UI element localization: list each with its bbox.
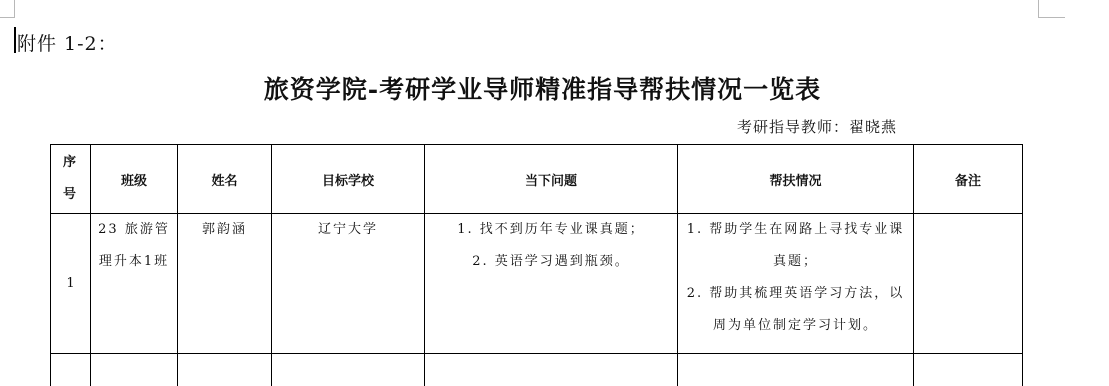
assistance-line-1: 1. 帮助学生在网路上寻找专业课 <box>678 214 913 246</box>
header-name: 姓名 <box>178 145 272 214</box>
cell-target-school-text: 辽宁大学 <box>272 214 424 246</box>
document-title: 旅资学院-考研学业导师精准指导帮扶情况一览表 <box>264 70 821 106</box>
issue-item-2: 2. 英语学习遇到瓶颈。 <box>425 246 677 278</box>
assistance-line-4: 周为单位制定学习计划。 <box>678 310 913 342</box>
cell-name[interactable]: 郭韵涵 <box>178 214 272 354</box>
header-target-school: 目标学校 <box>272 145 425 214</box>
assistance-table: 序 号 班级 姓名 目标学校 当下问题 帮扶情况 备注 1 23 旅游管 理升本… <box>50 144 1023 386</box>
table-row: 1 23 旅游管 理升本1班 郭韵涵 辽宁大学 1. 找不到历年专业课真题； 2… <box>51 214 1023 354</box>
header-class: 班级 <box>91 145 178 214</box>
cell-empty[interactable] <box>51 354 91 386</box>
text-cursor <box>14 27 16 53</box>
header-seq-line1: 序 <box>51 147 90 179</box>
cell-class[interactable]: 23 旅游管 理升本1班 <box>91 214 178 354</box>
assistance-line-3: 2. 帮助其梳理英语学习方法，以 <box>678 278 913 310</box>
advisor-line: 考研指导教师：翟晓燕 <box>737 116 897 137</box>
cell-class-line2: 理升本1班 <box>91 246 177 278</box>
issue-item-1: 1. 找不到历年专业课真题； <box>425 214 677 246</box>
cell-remarks[interactable] <box>914 214 1023 354</box>
header-remarks: 备注 <box>914 145 1023 214</box>
attachment-label: 附件 1-2： <box>17 29 118 56</box>
document-title-container: 旅资学院-考研学业导师精准指导帮扶情况一览表 <box>0 70 1109 106</box>
header-current-issues: 当下问题 <box>425 145 678 214</box>
cell-empty[interactable] <box>678 354 914 386</box>
header-seq-line2: 号 <box>51 179 90 211</box>
cell-class-line1: 23 旅游管 <box>91 214 177 246</box>
header-seq: 序 号 <box>51 145 91 214</box>
table-header-row: 序 号 班级 姓名 目标学校 当下问题 帮扶情况 备注 <box>51 145 1023 214</box>
cell-target-school[interactable]: 辽宁大学 <box>272 214 425 354</box>
page-corner-mark-left <box>0 0 15 18</box>
cell-seq[interactable]: 1 <box>51 214 91 354</box>
cell-current-issues[interactable]: 1. 找不到历年专业课真题； 2. 英语学习遇到瓶颈。 <box>425 214 678 354</box>
header-assistance: 帮扶情况 <box>678 145 914 214</box>
cell-assistance[interactable]: 1. 帮助学生在网路上寻找专业课 真题； 2. 帮助其梳理英语学习方法，以 周为… <box>678 214 914 354</box>
page-corner-mark-right <box>1038 0 1065 18</box>
cell-empty[interactable] <box>272 354 425 386</box>
cell-name-text: 郭韵涵 <box>178 214 271 246</box>
table-row-empty <box>51 354 1023 386</box>
assistance-line-2: 真题； <box>678 246 913 278</box>
cell-empty[interactable] <box>178 354 272 386</box>
cell-empty[interactable] <box>91 354 178 386</box>
cell-empty[interactable] <box>425 354 678 386</box>
cell-empty[interactable] <box>914 354 1023 386</box>
